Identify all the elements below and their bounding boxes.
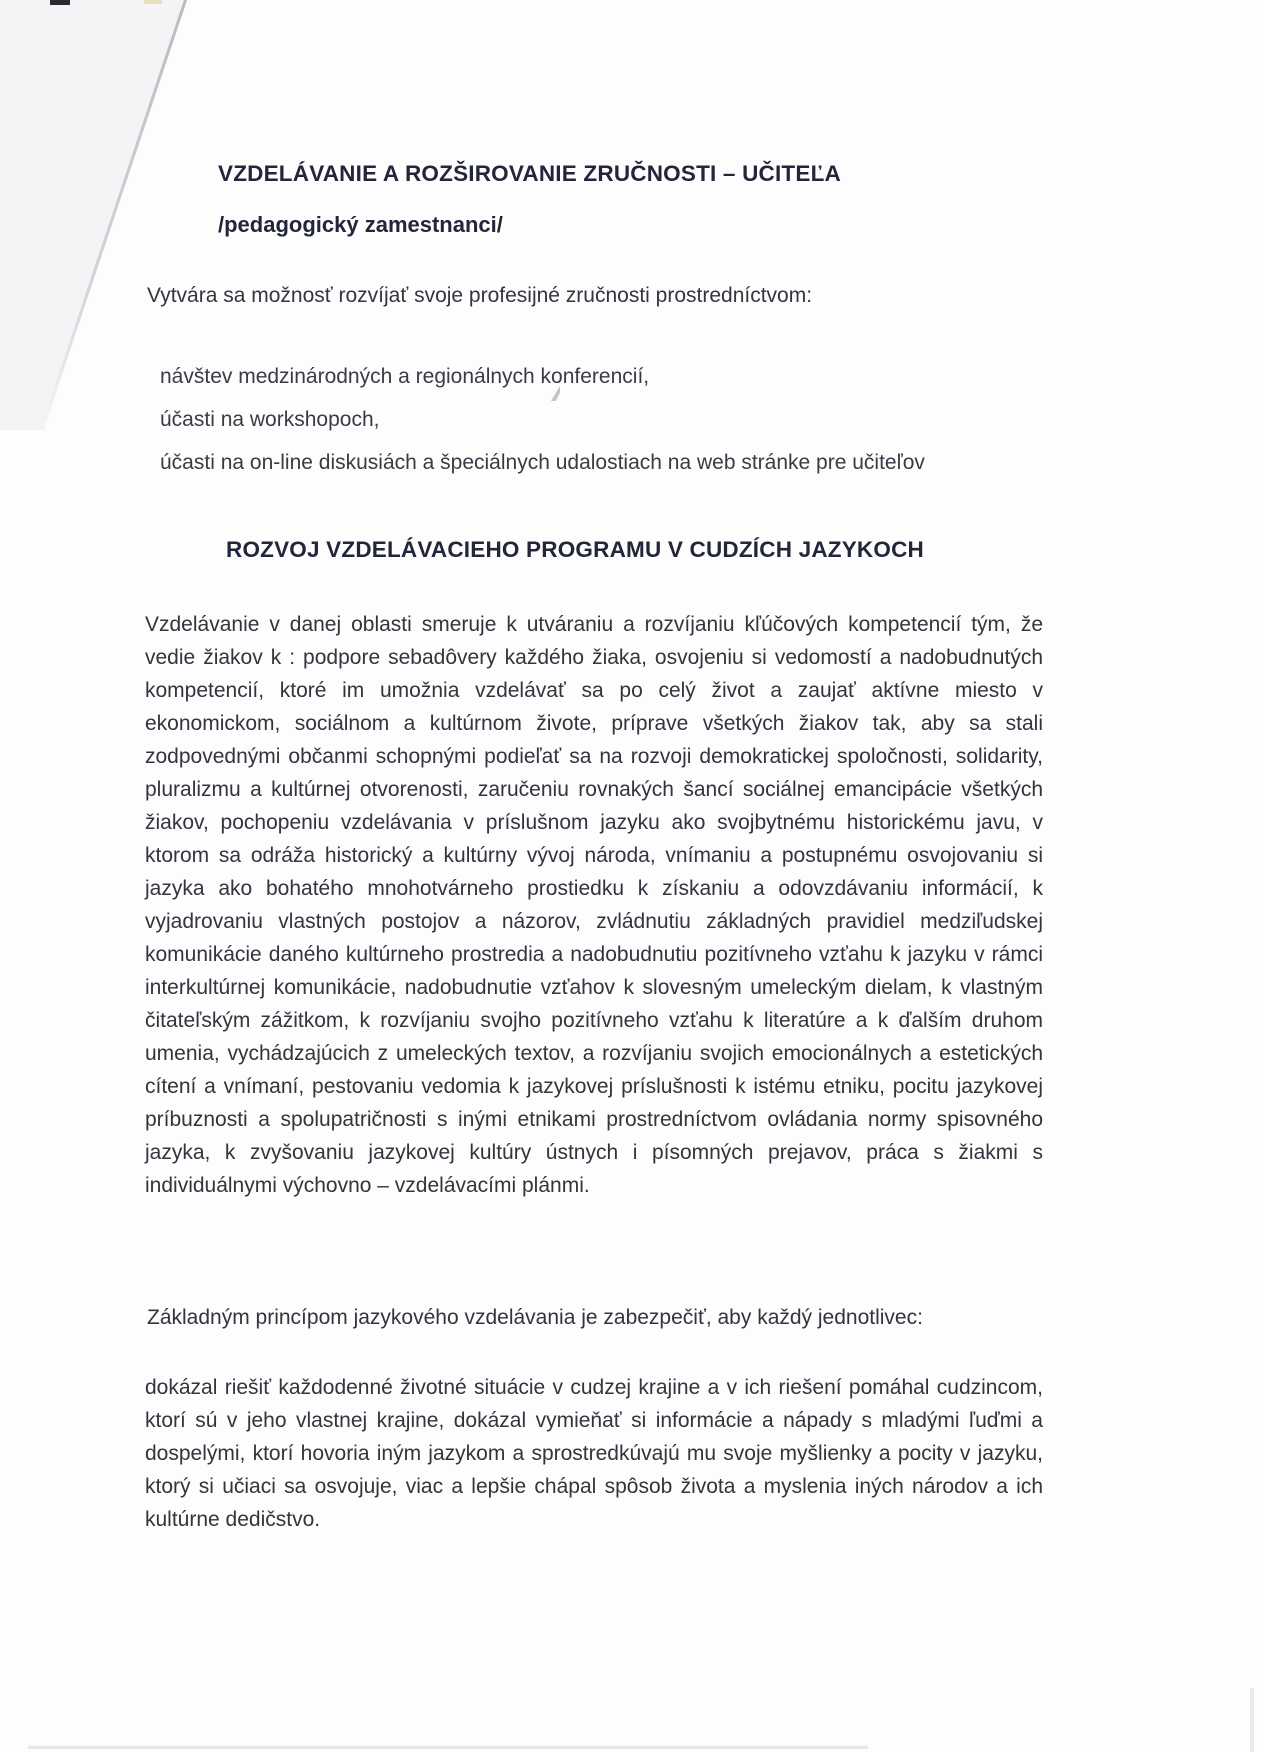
paragraph-basic-principle: Základným princípom jazykového vzdelávan… <box>147 1303 923 1333</box>
section-heading-language-program: ROZVOJ VZDELÁVACIEHO PROGRAMU V CUDZÍCH … <box>226 537 924 563</box>
scanned-document-page: VZDELÁVANIE A ROZŠIROVANIE ZRUČNOSTI – U… <box>0 0 1264 1752</box>
paragraph-education-goals: Vzdelávanie v danej oblasti smeruje k ut… <box>145 608 1043 1202</box>
scan-speck-dark <box>50 0 70 5</box>
intro-sentence: Vytvára sa možnosť rozvíjať svoje profes… <box>147 281 812 311</box>
activity-list: návštev medzinárodných a regionálnych ko… <box>160 362 1090 491</box>
scan-bottom-smudge <box>28 1746 868 1749</box>
list-item-conferences: návštev medzinárodných a regionálnych ko… <box>160 362 1090 392</box>
document-title: VZDELÁVANIE A ROZŠIROVANIE ZRUČNOSTI – U… <box>218 160 841 188</box>
paragraph-individual-abilities: dokázal riešiť každodenné životné situác… <box>145 1371 1043 1536</box>
document-subtitle: /pedagogický zamestnanci/ <box>218 211 503 239</box>
list-item-online-discussions: účasti na on-line diskusiách a špeciálny… <box>160 448 1090 478</box>
scan-speck-yellow <box>144 0 162 4</box>
list-item-workshops: účasti na workshopoch, <box>160 405 1090 435</box>
scan-right-edge-smudge <box>1250 1688 1254 1752</box>
